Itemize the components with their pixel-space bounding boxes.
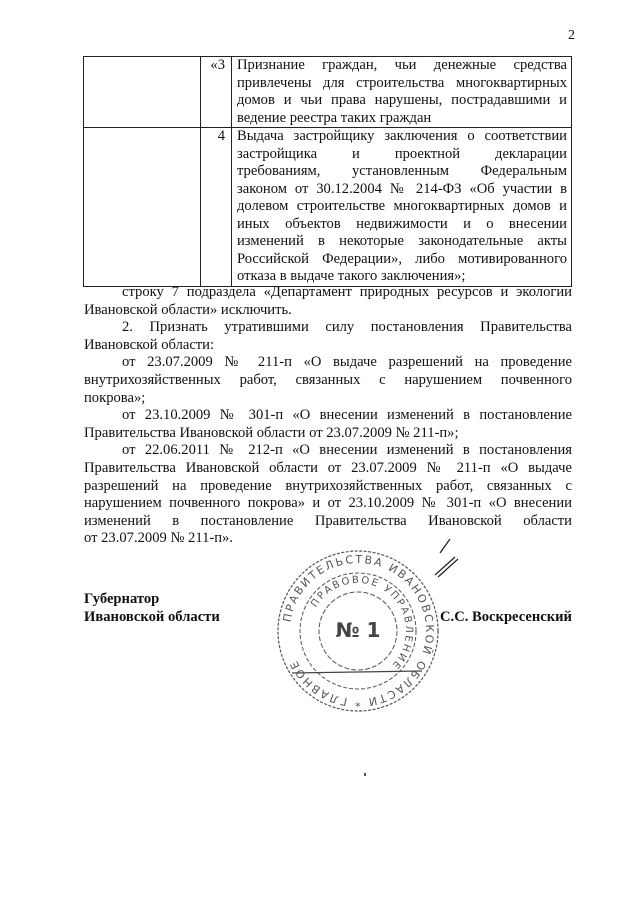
text-line: Правительства Ивановской области от 23.0… — [84, 460, 572, 478]
table-cell-empty — [84, 128, 201, 287]
signatory-title-line1: Губернатор — [84, 591, 220, 609]
scan-artifact-dot — [364, 773, 366, 776]
text-line: изменений в постановление Правительства … — [84, 513, 572, 531]
cell-line: Выдача застройщику заключения о соответс… — [237, 128, 567, 146]
table-row: «3 Признание граждан, чьи денежные средс… — [84, 57, 572, 128]
paragraph-resolution-212: от 22.06.2011 № 212-п «О внесении измене… — [84, 442, 572, 548]
paragraph-resolution-211: от 23.07.2009 № 211-п «О выдаче разрешен… — [84, 354, 572, 407]
text-line: разрешений на проведение внутрихозяйстве… — [84, 478, 572, 496]
stamp-center-number: № 1 — [336, 618, 381, 642]
document-body: строку 7 подраздела «Департамент природн… — [84, 284, 572, 548]
table-cell-number: 4 — [201, 128, 232, 287]
text-line: Ивановской области: — [84, 337, 572, 355]
paragraph-item-2: 2. Признать утратившими силу постановлен… — [84, 319, 572, 354]
cell-line: домов и чьи права нарушены, пострадавшим… — [237, 92, 567, 110]
table-cell-number: «3 — [201, 57, 232, 128]
cell-line: изменений в некоторые законодательные ак… — [237, 233, 567, 251]
text-line: покрова»; — [84, 390, 572, 408]
table-row: 4 Выдача застройщику заключения о соотве… — [84, 128, 572, 287]
cell-line: застройщика и проектной декларации — [237, 146, 567, 164]
signatory-name: С.С. Воскресенский — [440, 609, 572, 627]
cell-line: иных объектов недвижимости и о внесении — [237, 216, 567, 234]
text-line: внутрихозяйственных работ, связанных с н… — [84, 372, 572, 390]
text-line: от 23.10.2009 № 301-п «О внесении измене… — [84, 407, 572, 425]
cell-line: Признание граждан, чьи денежные средства — [237, 57, 567, 75]
cell-line: законом от 30.12.2004 № 214-ФЗ «Об участ… — [237, 181, 567, 199]
text-line: строку 7 подраздела «Департамент природн… — [84, 284, 572, 302]
paragraph-resolution-301: от 23.10.2009 № 301-п «О внесении измене… — [84, 407, 572, 442]
cell-line: ведение реестра таких граждан — [237, 110, 567, 128]
signatory-title: Губернатор Ивановской области — [84, 591, 220, 626]
text-line: 2. Признать утратившими силу постановлен… — [84, 319, 572, 337]
text-line: Ивановской области» исключить. — [84, 302, 572, 320]
table-cell-text: Выдача застройщику заключения о соответс… — [232, 128, 572, 287]
amendment-table: «3 Признание граждан, чьи денежные средс… — [83, 56, 572, 287]
signatory-title-line2: Ивановской области — [84, 609, 220, 627]
page-number: 2 — [568, 28, 575, 44]
cell-line: долевом строительстве многоквартирных до… — [237, 198, 567, 216]
text-line: Правительства Ивановской области от 23.0… — [84, 425, 572, 443]
cell-line: привлечены для строительства многокварти… — [237, 75, 567, 93]
text-line: от 22.06.2011 № 212-п «О внесении измене… — [84, 442, 572, 460]
official-seal-stamp: ПРАВИТЕЛЬСТВА ИВАНОВСКОЙ ОБЛАСТИ * ГЛАВН… — [272, 545, 444, 717]
text-line: от 23.07.2009 № 211-п «О выдаче разрешен… — [84, 354, 572, 372]
signature-mark — [430, 535, 470, 595]
text-line: нарушением почвенного покрова» и от 23.1… — [84, 495, 572, 513]
cell-line: Российской Федерации», либо мотивированн… — [237, 251, 567, 269]
table-cell-text: Признание граждан, чьи денежные средства… — [232, 57, 572, 128]
signature-underline — [292, 671, 422, 673]
cell-line: отказа в выдаче такого заключения»; — [237, 268, 567, 286]
table-cell-empty — [84, 57, 201, 128]
cell-line: требованиям, установленным Федеральным — [237, 163, 567, 181]
paragraph-exclude-line: строку 7 подраздела «Департамент природн… — [84, 284, 572, 319]
